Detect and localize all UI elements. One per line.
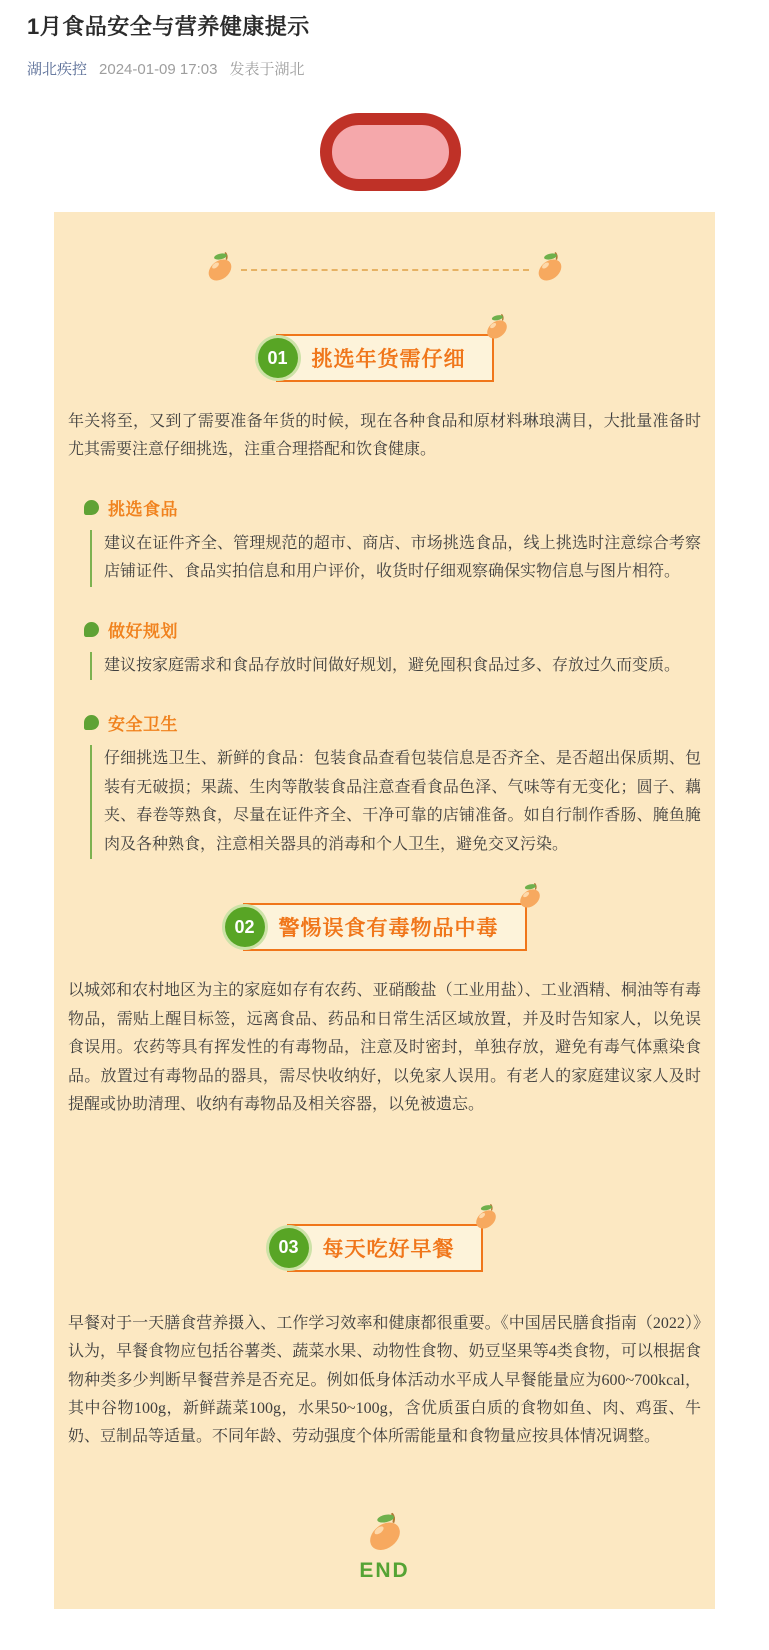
section-03-number-badge: 03 (269, 1228, 309, 1268)
subsection-title: 挑选食品 (108, 495, 178, 520)
section-01-number-badge: 01 (258, 338, 298, 378)
subsection-text: 建议在证件齐全、管理规范的超市、商店、市场挑选食品，线上挑选时注意综合考察店铺证… (90, 530, 701, 587)
leaf-icon (84, 500, 99, 515)
mango-icon (517, 881, 543, 909)
mango-icon (205, 250, 235, 282)
article-page: 1月食品安全与营养健康提示 湖北疾控 2024-01-09 17:03 发表于湖… (0, 0, 769, 1609)
mango-divider (205, 250, 565, 282)
section-03-title: 每天吃好早餐 (323, 1233, 455, 1263)
subsection-plan-ahead: 做好规划 建议按家庭需求和食品存放时间做好规划，避免囤积食品过多、存放过久而变质… (84, 617, 701, 680)
section-01-header: 01 挑选年货需仔细 (276, 334, 494, 382)
red-pill-graphic (320, 113, 461, 191)
subsection-text: 建议按家庭需求和食品存放时间做好规划，避免囤积食品过多、存放过久而变质。 (90, 652, 701, 680)
subsection-safety-hygiene: 安全卫生 仔细挑选卫生、新鲜的食品：包装食品查看包装信息是否齐全、是否超出保质期… (84, 710, 701, 859)
page-title: 1月食品安全与营养健康提示 (27, 12, 742, 42)
dashed-line (241, 269, 529, 271)
section-03-header-row: 03 每天吃好早餐 (68, 1224, 701, 1272)
subsection-pick-food: 挑选食品 建议在证件齐全、管理规范的超市、商店、市场挑选食品，线上挑选时注意综合… (84, 495, 701, 587)
subsection-heading-row: 安全卫生 (84, 710, 701, 735)
leaf-icon (84, 715, 99, 730)
section-03-header: 03 每天吃好早餐 (287, 1224, 483, 1272)
section-01-title: 挑选年货需仔细 (312, 343, 466, 373)
end-label: END (68, 1559, 701, 1583)
section-02-title: 警惕误食有毒物品中毒 (279, 912, 499, 942)
subsection-heading-row: 做好规划 (84, 617, 701, 642)
content-card: 01 挑选年货需仔细 年关将至，又到了需要准备年货的时候，现在各种食品和原材料琳… (54, 212, 715, 1609)
section-02-intro: 以城郊和农村地区为主的家庭如存有农药、亚硝酸盐（工业用盐）、工业酒精、桐油等有毒… (68, 977, 701, 1119)
article-header: 1月食品安全与营养健康提示 湖北疾控 2024-01-09 17:03 发表于湖… (0, 0, 769, 79)
subsection-text: 仔细挑选卫生、新鲜的食品：包装食品查看包装信息是否齐全、是否超出保质期、包装有无… (90, 745, 701, 859)
article-meta: 湖北疾控 2024-01-09 17:03 发表于湖北 (27, 58, 742, 79)
section-02-header: 02 警惕误食有毒物品中毒 (243, 903, 527, 951)
publish-location: 发表于湖北 (229, 58, 304, 79)
section-02-number-badge: 02 (225, 907, 265, 947)
subsection-title: 安全卫生 (108, 710, 178, 735)
publish-date: 2024-01-09 17:03 (99, 61, 217, 78)
section-02-header-row: 02 警惕误食有毒物品中毒 (68, 903, 701, 951)
mango-icon (484, 312, 510, 340)
mango-icon (473, 1202, 499, 1230)
subsection-heading-row: 挑选食品 (84, 495, 701, 520)
mango-icon (535, 250, 565, 282)
mango-icon (365, 1510, 405, 1552)
subsection-title: 做好规划 (108, 617, 178, 642)
section-01-header-row: 01 挑选年货需仔细 (68, 334, 701, 382)
article-footer: END (68, 1510, 701, 1583)
section-03-intro: 早餐对于一天膳食营养摄入、工作学习效率和健康都很重要。《中国居民膳食指南（202… (68, 1310, 701, 1452)
section-01-intro: 年关将至，又到了需要准备年货的时候，现在各种食品和原材料琳琅满目，大批量准备时尤… (68, 408, 701, 465)
author-link[interactable]: 湖北疾控 (27, 58, 87, 79)
leaf-icon (84, 622, 99, 637)
